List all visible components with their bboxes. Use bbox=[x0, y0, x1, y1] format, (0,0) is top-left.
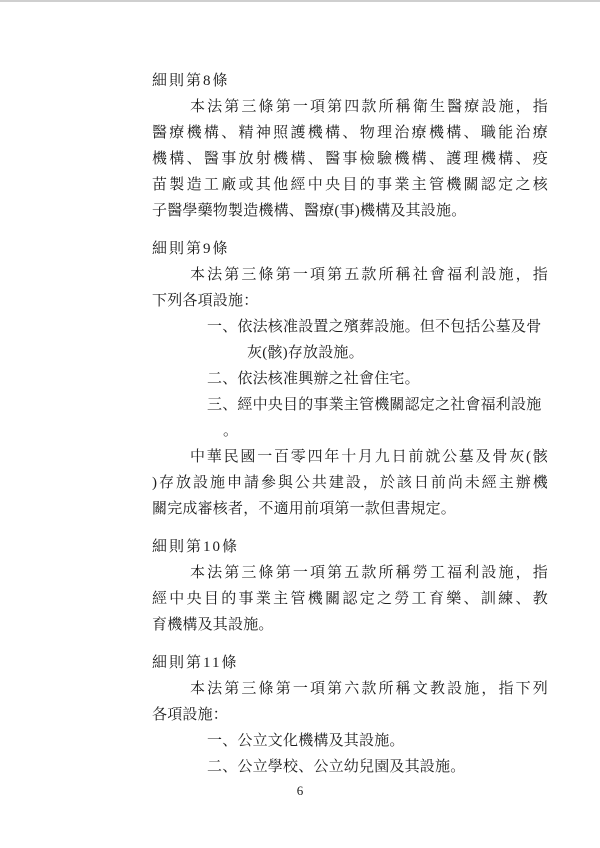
article-8-heading: 細則第8條 bbox=[152, 68, 548, 94]
article-10-heading: 細則第10條 bbox=[152, 534, 548, 560]
list-item-line: 一、依法核准設置之殯葬設施。但不包括公墓及骨 bbox=[152, 314, 548, 340]
section-article-11: 細則第11條 本法第三條第一項第六款所稱文教設施，指下列 各項設施： 一、公立文… bbox=[152, 650, 548, 780]
text-line: 本法第三條第一項第五款所稱勞工福利設施，指 bbox=[152, 560, 548, 586]
text-line: )存放設施申請參與公共建設，於該日前尚未經主辦機 bbox=[152, 470, 548, 496]
list-item-line: 二、依法核准興辦之社會住宅。 bbox=[152, 366, 548, 392]
page-number: 6 bbox=[0, 783, 600, 799]
document-page: 細則第8條 本法第三條第一項第四款所稱衛生醫療設施，指 醫療機構、精神照護機構、… bbox=[0, 0, 600, 848]
text-line: 本法第三條第一項第五款所稱社會福利設施，指 bbox=[152, 262, 548, 288]
list-item-line: 。 bbox=[152, 418, 548, 444]
text-line: 各項設施： bbox=[152, 702, 548, 728]
text-line: 機構、醫事放射機構、醫事檢驗機構、護理機構、疫 bbox=[152, 146, 548, 172]
text-line: 苗製造工廠或其他經中央目的事業主管機關認定之核 bbox=[152, 172, 548, 198]
text-line: 下列各項設施： bbox=[152, 288, 548, 314]
text-line: 本法第三條第一項第六款所稱文教設施，指下列 bbox=[152, 676, 548, 702]
text-line: 經中央目的事業主管機關認定之勞工育樂、訓練、教 bbox=[152, 586, 548, 612]
list-item-line: 二、公立學校、公立幼兒園及其設施。 bbox=[152, 754, 548, 780]
text-line: 育機構及其設施。 bbox=[152, 612, 548, 638]
list-item-line: 一、公立文化機構及其設施。 bbox=[152, 728, 548, 754]
text-line: 醫療機構、精神照護機構、物理治療機構、職能治療 bbox=[152, 120, 548, 146]
text-line: 本法第三條第一項第四款所稱衛生醫療設施，指 bbox=[152, 94, 548, 120]
section-article-9: 細則第9條 本法第三條第一項第五款所稱社會福利設施，指 下列各項設施： 一、依法… bbox=[152, 236, 548, 522]
section-article-10: 細則第10條 本法第三條第一項第五款所稱勞工福利設施，指 經中央目的事業主管機關… bbox=[152, 534, 548, 638]
text-line: 中華民國一百零四年十月九日前就公墓及骨灰(骸 bbox=[152, 444, 548, 470]
text-line: 子醫學藥物製造機構、醫療(事)機構及其設施。 bbox=[152, 198, 548, 224]
scan-edge-line bbox=[0, 0, 600, 2]
article-9-heading: 細則第9條 bbox=[152, 236, 548, 262]
section-article-8: 細則第8條 本法第三條第一項第四款所稱衛生醫療設施，指 醫療機構、精神照護機構、… bbox=[152, 68, 548, 224]
list-item-line: 三、經中央目的事業主管機關認定之社會福利設施 bbox=[152, 392, 548, 418]
text-line: 關完成審核者，不適用前項第一款但書規定。 bbox=[152, 496, 548, 522]
article-11-heading: 細則第11條 bbox=[152, 650, 548, 676]
document-content: 細則第8條 本法第三條第一項第四款所稱衛生醫療設施，指 醫療機構、精神照護機構、… bbox=[152, 68, 548, 780]
list-item-line: 灰(骸)存放設施。 bbox=[152, 340, 548, 366]
